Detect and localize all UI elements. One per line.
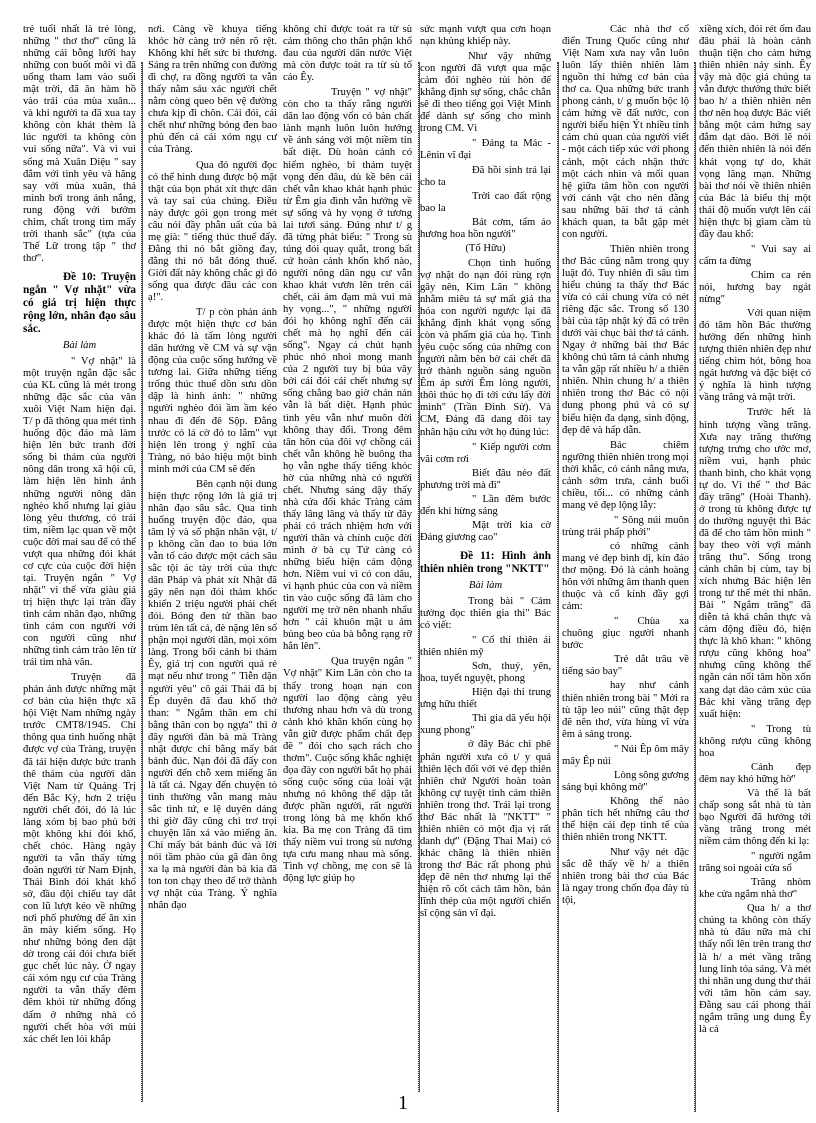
text-column-4: sức mạnh vượt qua cơn hoạn nạn khủng khi…: [420, 24, 551, 1104]
paragraph: T/ p còn phản ánh được một hiện thực cơ …: [148, 307, 277, 476]
poem-line: Biết đâu nẻo đất phương trời mà đi": [420, 468, 551, 492]
column-divider: [557, 62, 559, 1112]
paragraph: Với quan niệm đó tâm hồn Bác thường hướn…: [699, 308, 811, 404]
paragraph: Không thể nào phân tích hết những câu th…: [562, 796, 689, 844]
column-divider: [141, 62, 143, 1102]
paragraph: Như vậy nét đặc sắc dễ thấy về h/ a thiê…: [562, 847, 689, 907]
poem-line: " người ngắm trăng soi ngoài cửa sổ: [699, 851, 811, 875]
paragraph: Qua đó người đọc có thể hình dung được b…: [148, 160, 277, 305]
section-heading: Đề 10: Truyện ngắn " Vợ nhặt" vừa có giá…: [23, 271, 136, 336]
document-page: trẻ tuổi nhất là trẻ lòng, những " thơ t…: [0, 0, 816, 1123]
poem-line: " Sông núi muôn trùng trải phấp phới": [562, 515, 689, 539]
paragraph: Trước hết là hình tượng vầng trăng. Xưa …: [699, 407, 811, 720]
paragraph: Truyện " vợ nhặt" còn cho ta thấy rằng n…: [283, 87, 412, 653]
paragraph: xiềng xích, đói rét ốm đau đâu phải là h…: [699, 24, 811, 241]
poem-line: Cảnh đẹp đêm nay khó hững hờ": [699, 762, 811, 786]
text-column-5: Các nhà thơ cổ điển Trung Quốc cũng như …: [562, 24, 689, 1104]
poem-line: " Trong tù không rượu cũng không hoa: [699, 724, 811, 760]
paragraph: Như vậy những con người đã vượt qua mặc …: [420, 51, 551, 135]
poem-line: Bát cơm, tấm áo hương hoa hồn người": [420, 217, 551, 241]
poem-line: " Chùa xa chuông giục người nhanh bước: [562, 616, 689, 652]
poem-line: Lòng sông gương sáng bụi không mờ": [562, 770, 689, 794]
poem-line: " Kiếp người cơm vãi cơm rơi: [420, 442, 551, 466]
poem-line: Đã hồi sinh trả lại cho ta: [420, 165, 551, 189]
poem-line: Trẻ dắt trâu về tiếng sáo bay": [562, 654, 689, 678]
paragraph: Bên cạnh nội dung hiện thực rộng lớn là …: [148, 479, 277, 913]
paragraph: Các nhà thơ cổ điển Trung Quốc cũng như …: [562, 24, 689, 241]
section-subtitle: Bài làm: [23, 340, 136, 352]
poem-line: " Lần đêm bước đến khi hừng sáng: [420, 494, 551, 518]
paragraph: không chỉ được toát ra từ sù cảm thông c…: [283, 24, 412, 84]
text-column-6: xiềng xích, đói rét ốm đau đâu phải là h…: [699, 24, 811, 1104]
paragraph: nơi. Càng về khuya tiếng khóc hờ càng tr…: [148, 24, 277, 157]
poem-line: Thi gia dã yếu hội xung phong": [420, 713, 551, 737]
poem-line: " Vui say ai cấm ta đừng: [699, 244, 811, 268]
paragraph: Qua truyện ngắn " Vợ nhặt" Kim Lân còn c…: [283, 656, 412, 885]
paragraph: Qua h/ a thơ chúng ta không còn thấy nhà…: [699, 903, 811, 1036]
poem-line: " Núi Êp ôm mây mây Êp núi: [562, 744, 689, 768]
paragraph: có những cảnh mang vẻ đẹp bình dị, kín đ…: [562, 541, 689, 613]
poem-line: Chim ca rén nói, hương bay ngát nừng": [699, 270, 811, 306]
text-column-3: không chỉ được toát ra từ sù cảm thông c…: [283, 24, 412, 1104]
text-column-1: trẻ tuổi nhất là trẻ lòng, những " thơ t…: [23, 24, 136, 1104]
poem-line: " Đảng ta Mác - Lênin vĩ đại: [420, 138, 551, 162]
paragraph: Trong bài " Cảm tưởng đọc thiên gia thi"…: [420, 596, 551, 632]
poem-line: Mặt trời kia cờ Đảng giương cao": [420, 520, 551, 544]
section-heading: Đề 11: Hình ảnh thiên nhiên trong "NKTT": [420, 550, 551, 576]
poem-line: Hiện đại thi trung ưng hữu thiết: [420, 687, 551, 711]
paragraph: " Vợ nhặt" là một truyện ngắn đặc sắc củ…: [23, 356, 136, 669]
page-number: 1: [398, 1092, 408, 1115]
poem-line: Sơn, thuỷ, yên, hoa, tuyết nguyệt, phong: [420, 661, 551, 685]
section-subtitle: Bài làm: [420, 580, 551, 592]
poem-line: " Cổ thi thiên ái thiên nhiên mỹ: [420, 635, 551, 659]
paragraph: sức mạnh vượt qua cơn hoạn nạn khủng khi…: [420, 24, 551, 48]
paragraph: Và thế là bất chấp song sắt nhà tù tàn b…: [699, 788, 811, 848]
poem-line: Trời cao đất rộng bao la: [420, 191, 551, 215]
paragraph: Thiên nhiên trong thơ Bác cũng nằm trong…: [562, 244, 689, 437]
column-divider: [694, 62, 696, 1112]
paragraph: Truyện đã phản ánh được những mặt cơ bản…: [23, 672, 136, 1045]
poem-line: Trăng nhòm khe cửa ngắm nhà thơ": [699, 877, 811, 901]
paragraph: ở đây Bác chỉ phê phán người xưa có t/ y…: [420, 739, 551, 920]
paragraph: Chọn tình huống vợ nhặt do nạn đói rùng …: [420, 258, 551, 439]
poem-attribution: (Tố Hữu): [420, 243, 551, 255]
paragraph: Bác chiêm ngưỡng thiên nhiên trong mọi t…: [562, 440, 689, 512]
paragraph: hay như cảnh thiên nhiên trong bài " Mới…: [562, 680, 689, 740]
paragraph: trẻ tuổi nhất là trẻ lòng, những " thơ t…: [23, 24, 136, 265]
text-column-2: nơi. Càng về khuya tiếng khóc hờ càng tr…: [148, 24, 277, 1104]
